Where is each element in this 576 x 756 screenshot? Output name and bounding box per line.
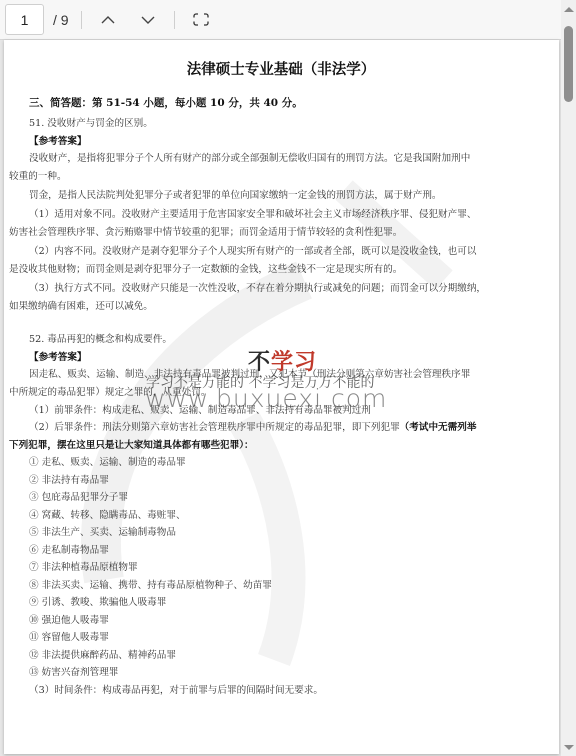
answer-label-51: 【参考答案】 (29, 136, 87, 148)
crime-list-item: ② 非法持有毒品罪 (29, 475, 109, 487)
crime-list-item: ① 走私、贩卖、运输、制造的毒品罪 (29, 457, 186, 469)
vertical-scrollbar[interactable] (561, 0, 576, 756)
answer-label-52: 【参考答案】 (29, 352, 87, 364)
answer-51-line: 是没收其他财物；而罚金则是剥夺犯罪分子一定数额的金钱，这些金钱不一定是现实所有的… (9, 264, 402, 276)
chevron-up-icon (101, 15, 115, 25)
question-51: 51. 没收财产与罚金的区别。 (29, 118, 153, 130)
answer-51-line: （3）执行方式不同。没收财产只能是一次性没收，不存在着分期执行或减免的问题；而罚… (29, 283, 486, 295)
crime-list-item: ⑦ 非法种植毒品原植物罪 (29, 562, 138, 574)
scrollbar-thumb[interactable] (564, 26, 573, 102)
answer-51-line: 罚金，是指人民法院判处犯罪分子或者犯罪的单位向国家缴纳一定金钱的刑罚方法，属于财… (29, 190, 442, 202)
fit-to-page-button[interactable] (187, 6, 215, 34)
answer-51-line: （2）内容不同。没收财产是剥夺犯罪分子个人现实所有财产的一部或者全部，既可以是没… (29, 246, 476, 258)
crime-list-item: ⑤ 非法生产、买卖、运输制毒物品 (29, 527, 176, 539)
answer-52-line: （2）后罪条件：刑法分则第六章妨害社会管理秩序罪中所规定的毒品犯罪，即下列犯罪（… (29, 422, 476, 434)
chevron-down-icon (141, 15, 155, 25)
crime-list-item: ⑪ 容留他人吸毒罪 (29, 632, 109, 644)
answer-51-line: 较重的一种。 (9, 171, 67, 183)
answer-52-text: （2）后罪条件：刑法分则第六章妨害社会管理秩序罪中所规定的毒品犯罪，即下列犯罪 (29, 422, 400, 433)
scroll-down-arrow-icon[interactable] (564, 745, 574, 750)
crime-list-item: ⑩ 强迫他人吸毒罪 (29, 615, 109, 627)
crime-list-item: ⑫ 非法提供麻醉药品、精神药品罪 (29, 650, 176, 662)
page-total-label: / 9 (53, 12, 69, 28)
crime-list-item: ③ 包庇毒品犯罪分子罪 (29, 492, 128, 504)
answer-51-line: 如果缴纳确有困难，还可以减免。 (9, 301, 153, 313)
section-heading: 三、简答题：第 51-54 小题，每小题 10 分，共 40 分。 (29, 97, 303, 109)
answer-51-line: （1）适用对象不同。没收财产主要适用于危害国家安全罪和破坏社会主义市场经济秩序罪… (29, 209, 476, 221)
crime-list-item: ④ 窝藏、转移、隐瞒毒品、毒赃罪、 (29, 510, 186, 522)
document-title: 法律硕士专业基础（非法学） (4, 58, 558, 79)
next-page-button[interactable] (134, 6, 162, 34)
document-viewer[interactable]: 法律硕士专业基础（非法学） 三、简答题：第 51-54 小题，每小题 10 分，… (0, 40, 561, 756)
previous-page-button[interactable] (94, 6, 122, 34)
toolbar-divider (174, 11, 175, 29)
crime-list-item: ⑬ 妨害兴奋剂管理罪 (29, 667, 118, 679)
answer-51-line: 没收财产，是指将犯罪分子个人所有财产的部分或全部强制无偿收归国有的刑罚方法。它是… (29, 153, 470, 165)
pdf-page: 法律硕士专业基础（非法学） 三、简答题：第 51-54 小题，每小题 10 分，… (4, 40, 559, 754)
crime-list-item: ⑧ 非法买卖、运输、携带、持有毒品原植物种子、幼苗罪 (29, 580, 272, 592)
watermark-url: www.buxuexi.com (145, 384, 387, 413)
toolbar-divider (81, 11, 82, 29)
answer-51-line: 妨害社会管理秩序罪、贪污贿赂罪中情节较重的犯罪；而罚金适用于情节较轻的贪利性犯罪… (9, 227, 402, 239)
time-condition: （3）时间条件：构成毒品再犯，对于前罪与后罪的间隔时间无要求。 (29, 685, 323, 697)
pdf-toolbar: / 9 (0, 0, 561, 40)
crime-list-item: ⑨ 引诱、教唆、欺骗他人吸毒罪 (29, 597, 166, 609)
bold-note: （考试中无需列举 (400, 422, 477, 433)
bold-note-continued: 下列犯罪，摆在这里只是让大家知道具体都有哪些犯罪）： (9, 440, 254, 452)
page-number-input[interactable] (5, 4, 44, 35)
scroll-up-arrow-icon[interactable] (564, 7, 574, 12)
fit-to-page-icon (193, 13, 209, 26)
crime-list-item: ⑥ 走私制毒物品罪 (29, 545, 109, 557)
question-52: 52. 毒品再犯的概念和构成要件。 (29, 334, 172, 346)
